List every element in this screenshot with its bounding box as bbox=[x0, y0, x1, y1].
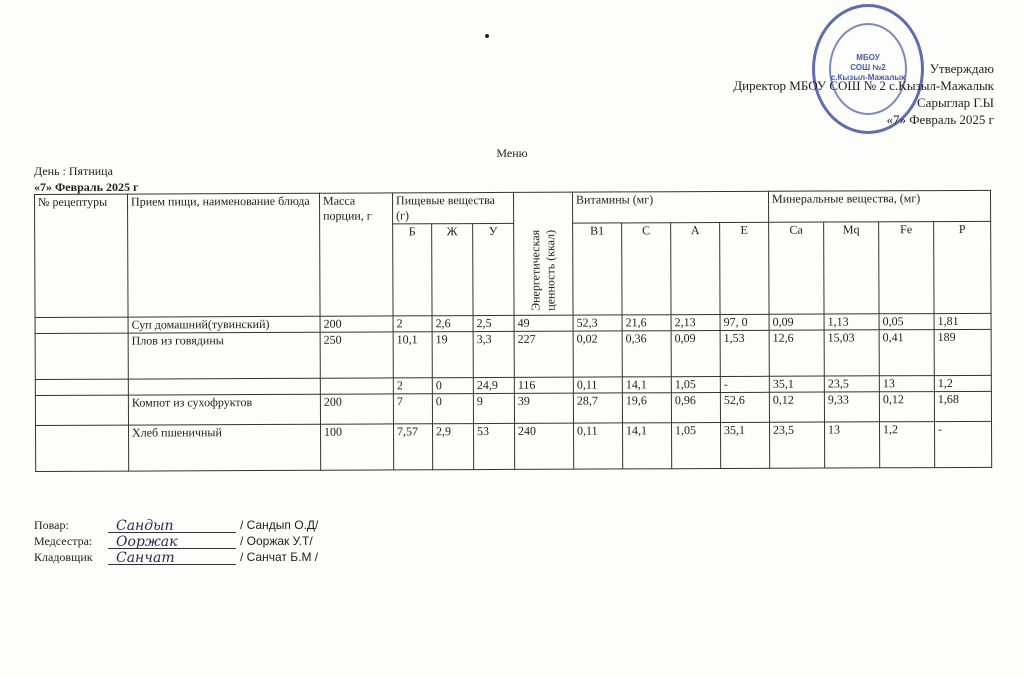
cell-mg: 1,13 bbox=[824, 314, 879, 330]
cell-c: 0,36 bbox=[622, 331, 671, 377]
header-ca: Ca bbox=[769, 222, 824, 314]
cell-mass: 100 bbox=[321, 424, 394, 470]
cell-p: 189 bbox=[934, 329, 991, 375]
cell-recipe bbox=[35, 317, 128, 333]
signature-role: Кладовщик bbox=[34, 549, 108, 565]
cell-mg: 15,03 bbox=[824, 330, 879, 376]
cell-ca: 0,12 bbox=[769, 392, 824, 422]
cell-p: 1,68 bbox=[934, 391, 991, 421]
cell-p: 1,81 bbox=[934, 313, 991, 329]
header-a: A bbox=[671, 223, 720, 315]
cell-b: 10,1 bbox=[393, 332, 432, 378]
cell-a: 1,05 bbox=[672, 423, 721, 469]
cell-recipe bbox=[35, 395, 128, 425]
approval-name: Сарыглар Г.Ы bbox=[733, 94, 994, 111]
header-minerals: Минеральные вещества, (мг) bbox=[768, 190, 990, 222]
header-recipe-no: № рецептуры bbox=[35, 194, 129, 317]
cell-b1: 52,3 bbox=[573, 315, 622, 331]
cell-dish: Хлеб пшеничный bbox=[129, 424, 321, 471]
approval-date: «7» Февраль 2025 г bbox=[733, 111, 994, 128]
cell-fe: 0,41 bbox=[879, 330, 934, 376]
header-c: C bbox=[622, 223, 671, 315]
cell-a: 2,13 bbox=[671, 315, 720, 331]
table-row: Плов из говядины25010,1193,32270,020,360… bbox=[35, 329, 991, 379]
cell-b1: 0,02 bbox=[573, 331, 622, 377]
header-mg: Mq bbox=[824, 222, 879, 314]
cell-kcal: 49 bbox=[514, 315, 573, 331]
header-e: E bbox=[720, 222, 769, 314]
cell-b: 2 bbox=[393, 316, 432, 332]
header-energy: Энергетическая ценность (ккал) bbox=[513, 192, 573, 315]
cell-a: 1,05 bbox=[671, 377, 720, 393]
approval-director: Директор МБОУ СОШ № 2 с.Кызыл-Мажалык bbox=[733, 77, 994, 94]
header-vitamins: Витамины (мг) bbox=[572, 191, 768, 223]
cell-e: - bbox=[720, 376, 769, 392]
header-fe: Fe bbox=[879, 222, 934, 314]
handwritten-signature: Ооржак bbox=[116, 534, 178, 550]
cell-a: 0,96 bbox=[671, 393, 720, 423]
menu-table: № рецептуры Прием пищи, наименование блю… bbox=[34, 190, 992, 472]
header-b1: B1 bbox=[573, 223, 622, 315]
cell-p: - bbox=[935, 421, 992, 467]
cell-dish: Суп домашний(тувинский) bbox=[128, 316, 320, 333]
cell-dish: Компот из сухофруктов bbox=[128, 394, 320, 425]
cell-mass: 200 bbox=[320, 316, 393, 332]
signature-role: Медсестра: bbox=[34, 533, 108, 549]
day-label: День : Пятница bbox=[34, 164, 113, 179]
approval-block: Утверждаю Директор МБОУ СОШ № 2 с.Кызыл-… bbox=[733, 60, 994, 128]
handwritten-signature: Санчат bbox=[116, 550, 175, 566]
cell-mass bbox=[320, 378, 393, 394]
cell-ca: 0,09 bbox=[769, 314, 824, 330]
header-dish: Прием пищи, наименование блюда bbox=[128, 193, 321, 317]
cell-e: 52,6 bbox=[720, 392, 769, 422]
cell-fe: 1,2 bbox=[880, 422, 935, 468]
cell-mg: 13 bbox=[825, 422, 880, 468]
header-p: P bbox=[934, 221, 991, 313]
cell-b: 7 bbox=[393, 394, 432, 424]
cell-kcal: 39 bbox=[514, 393, 573, 423]
cell-ca: 23,5 bbox=[770, 422, 825, 468]
handwritten-signature: Сандып bbox=[116, 518, 174, 534]
cell-fe: 13 bbox=[879, 376, 934, 392]
cell-recipe bbox=[35, 333, 128, 379]
stray-dot bbox=[485, 34, 489, 38]
cell-ca: 12,6 bbox=[769, 330, 824, 376]
cell-zh: 0 bbox=[432, 394, 473, 424]
cell-b: 2 bbox=[393, 378, 432, 394]
cell-e: 97, 0 bbox=[720, 314, 769, 330]
signature-name: / Ооржак У.Т/ bbox=[240, 533, 313, 549]
cell-e: 1,53 bbox=[720, 330, 769, 376]
header-mass: Масса порции, г bbox=[319, 193, 393, 316]
approval-heading: Утверждаю bbox=[733, 60, 994, 77]
cell-zh: 2,9 bbox=[433, 424, 474, 470]
signature-name: / Санчат Б.М / bbox=[240, 549, 318, 565]
header-fat: Ж bbox=[432, 224, 473, 316]
cell-b1: 28,7 bbox=[573, 393, 622, 423]
cell-zh: 2,6 bbox=[432, 316, 473, 332]
header-nutrients: Пищевые вещества (г) bbox=[392, 192, 513, 224]
cell-kcal: 227 bbox=[514, 331, 573, 377]
signature-line: Сандып bbox=[108, 520, 236, 533]
cell-mg: 9,33 bbox=[824, 392, 879, 422]
cell-dish: Плов из говядины bbox=[128, 332, 320, 379]
page-title: Меню bbox=[0, 146, 1024, 161]
table-row: Хлеб пшеничный1007,572,9532400,1114,11,0… bbox=[36, 421, 992, 471]
cell-c: 14,1 bbox=[623, 423, 672, 469]
header-carbs: У bbox=[473, 223, 514, 315]
cell-mass: 250 bbox=[320, 332, 393, 378]
signature-name: / Сандып О.Д/ bbox=[240, 517, 318, 533]
cell-mass: 200 bbox=[320, 394, 393, 424]
cell-fe: 0,12 bbox=[879, 392, 934, 422]
signatures-block: Повар:Сандып/ Сандып О.Д/Медсестра:Ооржа… bbox=[34, 517, 318, 565]
cell-p: 1,2 bbox=[934, 375, 991, 391]
header-protein: Б bbox=[393, 224, 432, 316]
cell-a: 0,09 bbox=[671, 331, 720, 377]
cell-u: 53 bbox=[474, 423, 515, 469]
cell-b: 7,57 bbox=[394, 424, 433, 470]
cell-u: 2,5 bbox=[473, 315, 514, 331]
signature-row: КладовщикСанчат/ Санчат Б.М / bbox=[34, 549, 318, 565]
signature-line: Ооржак bbox=[108, 536, 236, 549]
cell-zh: 19 bbox=[432, 332, 473, 378]
table-row: Компот из сухофруктов2007093928,719,60,9… bbox=[35, 391, 991, 425]
cell-zh: 0 bbox=[432, 378, 473, 394]
signature-line: Санчат bbox=[108, 552, 236, 565]
signature-row: Повар:Сандып/ Сандып О.Д/ bbox=[34, 517, 318, 533]
cell-c: 21,6 bbox=[622, 315, 671, 331]
cell-c: 19,6 bbox=[622, 393, 671, 423]
cell-kcal: 116 bbox=[514, 377, 573, 393]
cell-mg: 23,5 bbox=[824, 376, 879, 392]
cell-u: 24,9 bbox=[473, 377, 514, 393]
signature-role: Повар: bbox=[34, 517, 108, 533]
cell-b1: 0,11 bbox=[573, 377, 622, 393]
cell-ca: 35,1 bbox=[769, 376, 824, 392]
cell-recipe bbox=[36, 425, 129, 471]
cell-fe: 0,05 bbox=[879, 314, 934, 330]
cell-e: 35,1 bbox=[721, 422, 770, 468]
signature-row: Медсестра:Ооржак/ Ооржак У.Т/ bbox=[34, 533, 318, 549]
cell-dish bbox=[128, 378, 320, 395]
cell-b1: 0,11 bbox=[574, 423, 623, 469]
cell-u: 9 bbox=[473, 393, 514, 423]
cell-u: 3,3 bbox=[473, 331, 514, 377]
cell-kcal: 240 bbox=[515, 423, 574, 469]
cell-recipe bbox=[35, 379, 128, 395]
cell-c: 14,1 bbox=[622, 377, 671, 393]
